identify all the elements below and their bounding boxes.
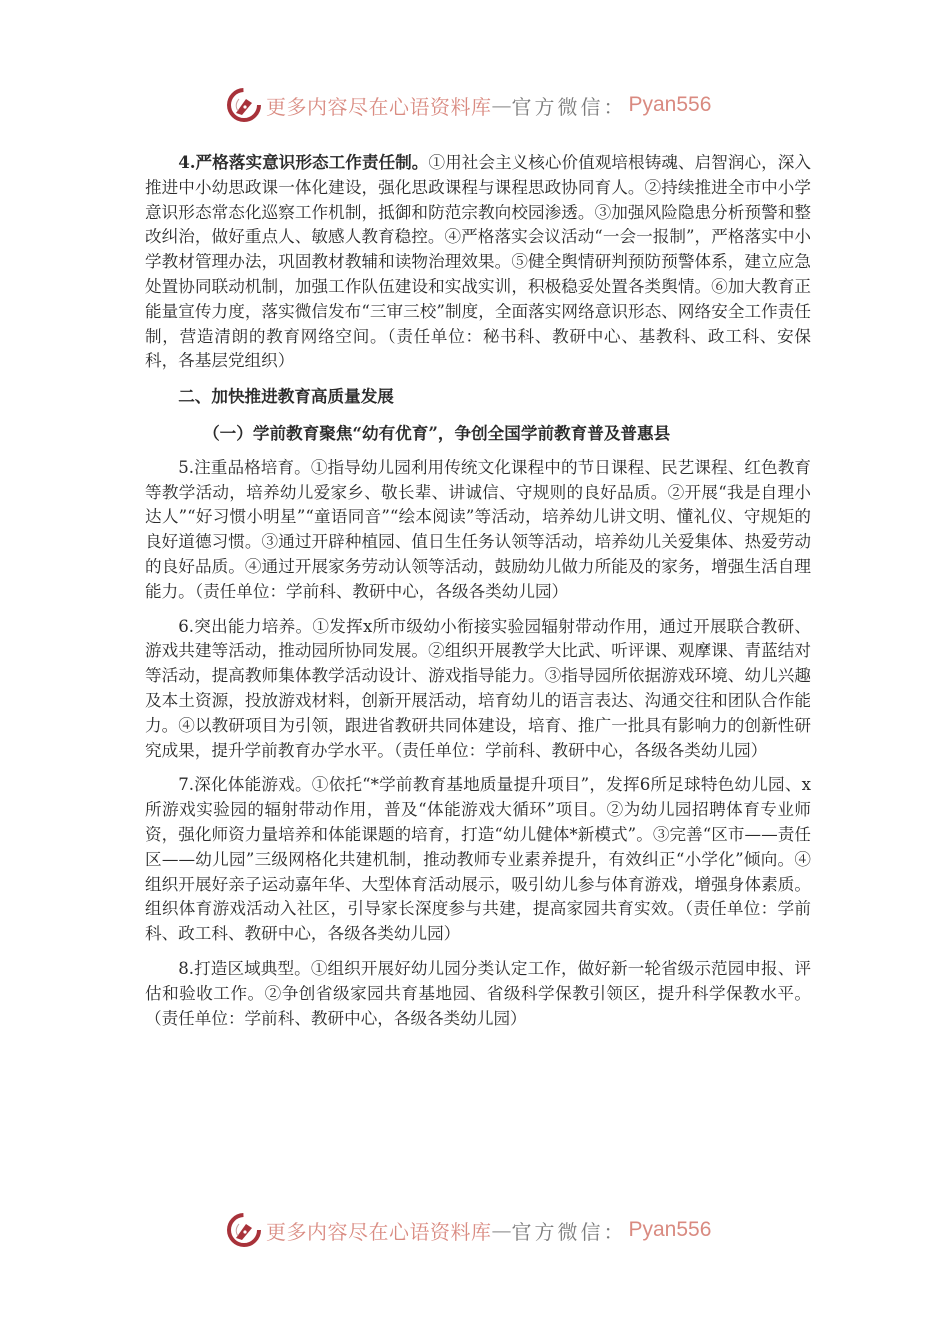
paragraph-item-8: 8.打造区域典型。①组织开展好幼儿园分类认定工作，做好新一轮省级示范园申报、评估… — [145, 957, 811, 1031]
banner-main-text: 更多内容尽在心语资料库 — [266, 1216, 492, 1245]
banner-dash: — — [492, 93, 512, 117]
banner-wechat-label: 官方微信： — [512, 1216, 627, 1245]
paragraph-gap — [145, 947, 811, 957]
paragraph-gap — [145, 605, 811, 615]
banner-wechat-label: 官方微信： — [512, 91, 627, 120]
paragraph-gap — [145, 763, 811, 773]
header-watermark-banner: 更多内容尽在心语资料库 — 官方微信： Pyan556 — [226, 85, 711, 125]
item-4-heading: 4.严格落实意识形态工作责任制。 — [178, 152, 428, 172]
paragraph-item-7: 7.深化体能游戏。①依托“*学前教育基地质量提升项目”，发挥6所足球特色幼儿园、… — [145, 773, 811, 947]
document-body: 4.严格落实意识形态工作责任制。①用社会主义核心价值观培根铸魂、启智润心，深入推… — [145, 150, 811, 1031]
banner-wechat-id: Pyan556 — [629, 93, 712, 117]
banner-wechat-id: Pyan556 — [629, 1218, 712, 1242]
footer-watermark-banner: 更多内容尽在心语资料库 — 官方微信： Pyan556 — [226, 1210, 711, 1250]
paragraph-item-4: 4.严格落实意识形态工作责任制。①用社会主义核心价值观培根铸魂、启智润心，深入推… — [145, 150, 811, 374]
subsection-heading-1: （一）学前教育聚焦“幼有优育”，争创全国学前教育普及普惠县 — [145, 421, 811, 446]
section-heading-2: 二、加快推进教育高质量发展 — [145, 384, 811, 409]
pen-nib-logo-icon — [226, 87, 262, 123]
item-4-body: ①用社会主义核心价值观培根铸魂、启智润心，深入推进中小幼思政课一体化建设，强化思… — [145, 153, 811, 370]
banner-main-text: 更多内容尽在心语资料库 — [266, 91, 492, 120]
pen-nib-logo-icon — [226, 1212, 262, 1248]
banner-dash: — — [492, 1218, 512, 1242]
paragraph-item-5: 5.注重品格培育。①指导幼儿园利用传统文化课程中的节日课程、民艺课程、红色教育等… — [145, 456, 811, 605]
paragraph-item-6: 6.突出能力培养。①发挥x所市级幼小衔接实验园辐射带动作用，通过开展联合教研、游… — [145, 615, 811, 764]
